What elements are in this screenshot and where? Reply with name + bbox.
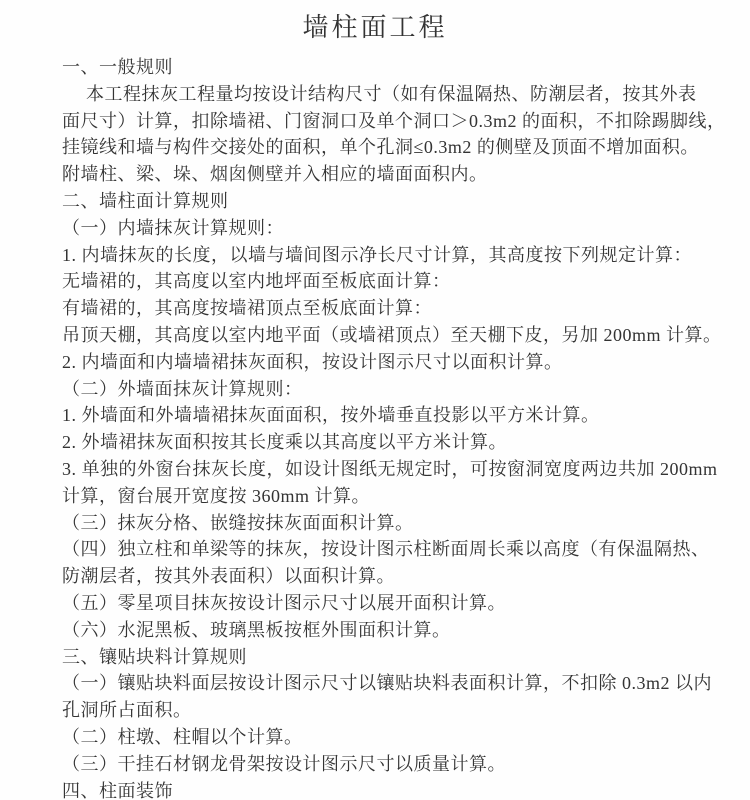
document-line: 无墙裙的，其高度以室内地坪面至板底面计算： [62, 268, 710, 295]
document-line: 防潮层者，按其外表面积）以面积计算。 [62, 563, 710, 590]
document-line: 一、一般规则 [62, 54, 710, 81]
document-line: 附墙柱、梁、垛、烟囱侧壁并入相应的墙面面积内。 [62, 161, 710, 188]
document-line: 孔洞所占面积。 [62, 697, 710, 724]
document-line: 本工程抹灰工程量均按设计结构尺寸（如有保温隔热、防潮层者，按其外表 [62, 81, 710, 108]
document-line: 计算，窗台展开宽度按 360mm 计算。 [62, 483, 710, 510]
document-line: （三）抹灰分格、嵌缝按抹灰面面积计算。 [62, 510, 710, 537]
document-line: （一）镶贴块料面层按设计图示尺寸以镶贴块料表面积计算，不扣除 0.3m2 以内 [62, 670, 710, 697]
document-line: （二）外墙面抹灰计算规则： [62, 376, 710, 403]
document-title: 墙柱面工程 [0, 13, 750, 43]
document-line: （六）水泥黑板、玻璃黑板按框外围面积计算。 [62, 617, 710, 644]
document-line: 3. 单独的外窗台抹灰长度，如设计图纸无规定时，可按窗洞宽度两边共加 200mm [62, 456, 710, 483]
document-line: 2. 外墙裙抹灰面积按其长度乘以其高度以平方米计算。 [62, 429, 710, 456]
document-page: 墙柱面工程 一、一般规则本工程抹灰工程量均按设计结构尺寸（如有保温隔热、防潮层者… [0, 0, 750, 800]
document-line: 面尺寸）计算，扣除墙裙、门窗洞口及单个洞口＞0.3m2 的面积，不扣除踢脚线， [62, 108, 710, 135]
document-line: 1. 外墙面和外墙墙裙抹灰面面积，按外墙垂直投影以平方米计算。 [62, 402, 710, 429]
document-line: 有墙裙的，其高度按墙裙顶点至板底面计算： [62, 295, 710, 322]
document-line: 1. 内墙抹灰的长度，以墙与墙间图示净长尺寸计算，其高度按下列规定计算： [62, 242, 710, 269]
document-line: 三、镶贴块料计算规则 [62, 644, 710, 671]
document-line: （四）独立柱和单梁等的抹灰，按设计图示柱断面周长乘以高度（有保温隔热、 [62, 536, 710, 563]
document-line: （三）干挂石材钢龙骨架按设计图示尺寸以质量计算。 [62, 751, 710, 778]
document-line: 四、柱面装饰 [62, 778, 710, 800]
document-body: 一、一般规则本工程抹灰工程量均按设计结构尺寸（如有保温隔热、防潮层者，按其外表面… [0, 54, 750, 800]
document-line: 吊顶天棚，其高度以室内地平面（或墙裙顶点）至天棚下皮，另加 200mm 计算。 [62, 322, 710, 349]
document-line: （五）零星项目抹灰按设计图示尺寸以展开面积计算。 [62, 590, 710, 617]
document-line: 挂镜线和墙与构件交接处的面积，单个孔洞≤0.3m2 的侧壁及顶面不增加面积。 [62, 134, 710, 161]
document-line: 二、墙柱面计算规则 [62, 188, 710, 215]
document-line: 2. 内墙面和内墙墙裙抹灰面积，按设计图示尺寸以面积计算。 [62, 349, 710, 376]
document-line: （二）柱墩、柱帽以个计算。 [62, 724, 710, 751]
document-line: （一）内墙抹灰计算规则： [62, 215, 710, 242]
